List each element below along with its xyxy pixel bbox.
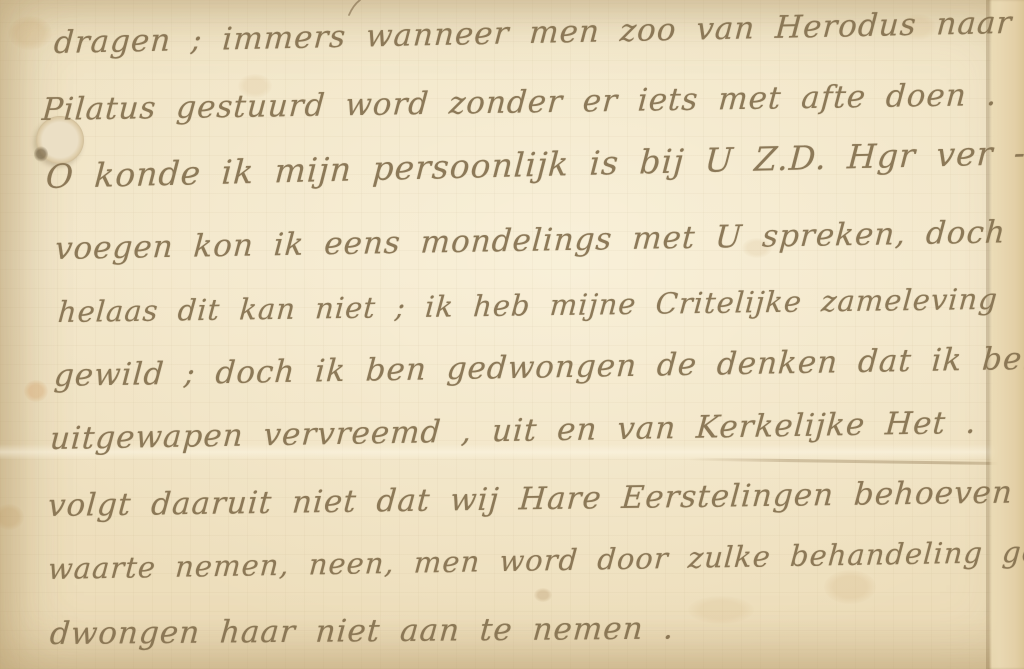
foxing-stain <box>0 504 24 530</box>
handwritten-line: gewild ; doch ik ben gedwongen de denken… <box>53 344 1024 392</box>
handwritten-line: voegen kon ik eens mondelings met U spre… <box>54 217 1007 265</box>
handwritten-line: Pilatus gestuurd word zonder er iets met… <box>41 80 999 126</box>
handwritten-line: waarte nemen, neen, men word door zulke … <box>47 537 1024 584</box>
handwritten-line: helaas dit kan niet ; ik heb mijne Crite… <box>57 285 999 327</box>
foxing-stain <box>24 380 48 402</box>
hole-ink-smudge <box>34 146 48 162</box>
foxing-stain <box>688 596 754 624</box>
handwritten-line: volgt daaruit niet dat wij Hare Eersteli… <box>47 478 1014 523</box>
handwritten-line: dwongen haar niet aan te nemen . <box>49 614 676 650</box>
handwritten-line: dragen ; immers wanneer men zoo van Hero… <box>53 8 1013 59</box>
scanned-letter-page: dragen ; immers wanneer men zoo van Hero… <box>0 0 1024 669</box>
foxing-stain <box>824 570 876 604</box>
ink-speck-stain <box>534 588 552 602</box>
foxing-stain <box>8 16 52 50</box>
handwritten-line: O konde ik mijn persoonlijk is bij U Z.D… <box>45 136 1024 193</box>
handwritten-line: uitgewapen vervreemd , uit en van Kerkel… <box>49 408 978 455</box>
fold-crease-line <box>688 458 1024 466</box>
